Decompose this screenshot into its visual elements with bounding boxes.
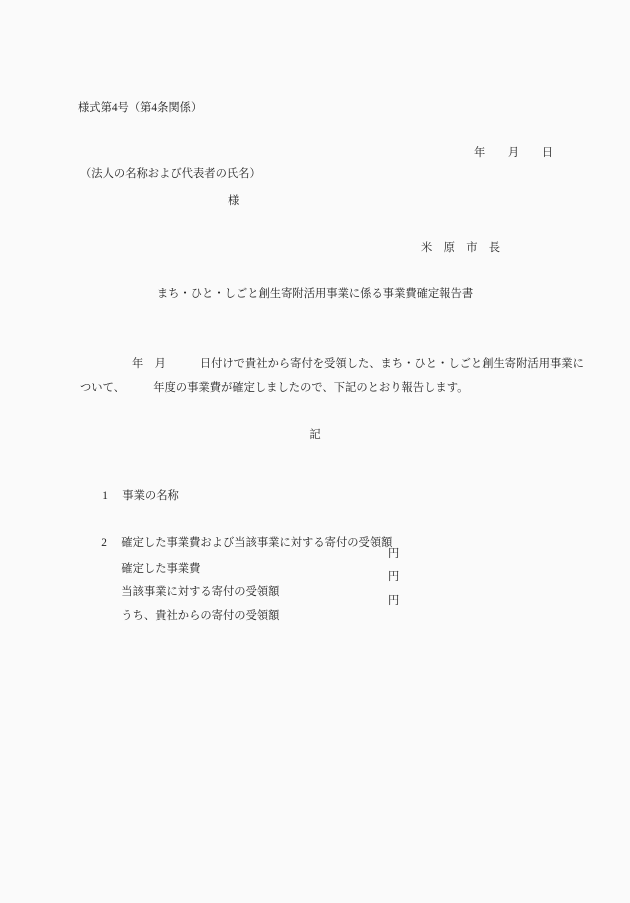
body-text-line-2: ついて、 年度の事業費が確定しましたので、下記のとおり報告します。 — [80, 381, 468, 396]
document-title: まち・ひと・しごと創生寄附活用事業に係る事業費確定報告書 — [0, 287, 630, 302]
list-item-1: 1事業の名称 — [91, 474, 179, 518]
list-item-1-number: 1 — [102, 489, 108, 504]
list-item-2-number: 2 — [101, 536, 107, 551]
body-text-line-1: 年 月 日付けで貴社から寄付を受領した、まち・ひと・しごと創生寄附活用事業に — [132, 357, 584, 372]
amount-row-donations-from-company-unit: 円 — [388, 594, 399, 609]
amount-row-donations-from-company-label: うち、貴社からの寄付の受領額 — [121, 610, 279, 622]
document-page: 様式第4号（第4条関係） 年 月 日 （法人の名称および代表者の氏名） 様 米 … — [0, 0, 630, 903]
amount-row-confirmed-expense-unit: 円 — [388, 547, 399, 562]
amount-row-donations-received-unit: 円 — [388, 570, 399, 585]
form-number: 様式第4号（第4条関係） — [78, 101, 202, 116]
addressee-note: （法人の名称および代表者の氏名） — [80, 167, 261, 182]
note-heading: 記 — [0, 428, 630, 443]
addressee-honorific: 様 — [228, 194, 239, 209]
sender-title: 米 原 市 長 — [421, 241, 500, 256]
date-line: 年 月 日 — [474, 146, 553, 161]
list-item-1-label: 事業の名称 — [122, 490, 179, 502]
amount-row-donations-from-company: うち、貴社からの寄付の受領額 円 — [110, 594, 410, 653]
